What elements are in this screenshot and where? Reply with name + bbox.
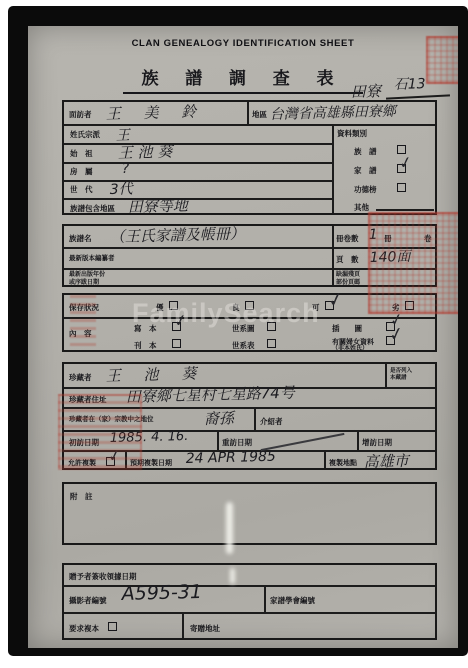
option-merit-list-label: 功德榜 bbox=[354, 184, 377, 195]
archive-stamp-left bbox=[58, 394, 142, 470]
coverage-value: 田寮等地 bbox=[127, 194, 188, 217]
table-line bbox=[385, 364, 387, 387]
society-number-label: 家譜學會編號 bbox=[270, 595, 315, 606]
genealogy-name-label: 族譜名 bbox=[69, 233, 92, 244]
interviewer-label: 面訪者 bbox=[69, 109, 92, 120]
table-line bbox=[247, 102, 249, 124]
content-printed-label: 刊 本 bbox=[134, 340, 157, 351]
table-line bbox=[64, 585, 435, 587]
option-merit-list-checkbox bbox=[397, 183, 406, 192]
other-blank-line bbox=[376, 209, 434, 211]
listed-in-genealogy-label-line1: 是否列入 bbox=[390, 368, 412, 375]
genealogy-name-value: （王氏家譜及帳冊） bbox=[109, 222, 245, 247]
table-line bbox=[64, 198, 332, 200]
english-header: CLAN GENEALOGY IDENTIFICATION SHEET bbox=[28, 38, 458, 49]
region-value: 台灣省高雄縣田寮鄉 bbox=[269, 101, 395, 124]
owner-position-value: 裔孫 bbox=[203, 407, 234, 429]
copy-place-label: 複製地點 bbox=[329, 458, 357, 468]
condition-fair-checkbox: ✓ bbox=[325, 301, 334, 310]
table-line bbox=[332, 124, 334, 213]
compiler-label: 最新版本編纂者 bbox=[69, 255, 115, 263]
pages-label: 頁 數 bbox=[336, 254, 359, 265]
archive-stamp-left-small bbox=[70, 294, 96, 346]
notes-box: 附 註 bbox=[62, 482, 437, 545]
missing-pages-label-line2: 部份頁碼 bbox=[336, 280, 360, 288]
content-lineage-table-checkbox bbox=[267, 339, 276, 348]
owner-address-value: 田寮鄉七星村七星路74号 bbox=[125, 382, 295, 407]
volume-count-label: 冊卷數 bbox=[336, 233, 359, 244]
surname-label: 姓氏宗派 bbox=[70, 129, 100, 140]
first-ancestor-value: 王 池 葵 bbox=[117, 141, 172, 163]
region-label: 地區 bbox=[252, 109, 267, 120]
archive-stamp-right bbox=[368, 212, 458, 314]
table-line bbox=[264, 585, 266, 612]
donor-receipt-label: 贈予者簽收領據日期 bbox=[69, 571, 137, 582]
request-copy-checkbox bbox=[108, 622, 117, 631]
table-line bbox=[182, 612, 184, 638]
option-clan-genealogy-label: 族 譜 bbox=[354, 146, 377, 157]
mailing-address-label: 寄贈地址 bbox=[190, 623, 220, 634]
archive-stamp-top-right bbox=[426, 36, 458, 84]
option-family-genealogy-checkbox: ✓ bbox=[397, 164, 406, 173]
copy-date-value: 24 APR 1985 bbox=[186, 449, 276, 467]
photographer-number-label: 攝影者編號 bbox=[69, 595, 107, 606]
content-women-data-checkbox: ✓ bbox=[386, 336, 395, 345]
branch-value: ? bbox=[122, 161, 130, 177]
content-women-data-sub-label: （非本姓氏） bbox=[332, 346, 368, 354]
table-line bbox=[357, 430, 359, 450]
revisit-label: 重訪日期 bbox=[222, 437, 252, 448]
scanned-photo-frame: CLAN GENEALOGY IDENTIFICATION SHEET 族 譜 … bbox=[8, 6, 468, 656]
table-line bbox=[64, 180, 332, 182]
publish-year-label-line2: 或序跋日期 bbox=[69, 280, 99, 288]
table-line bbox=[217, 430, 219, 450]
content-printed-checkbox bbox=[172, 339, 181, 348]
notes-label: 附 註 bbox=[70, 491, 93, 502]
checkmark: ✓ bbox=[397, 154, 413, 172]
form-paper: CLAN GENEALOGY IDENTIFICATION SHEET 族 譜 … bbox=[28, 26, 458, 648]
option-family-genealogy-label: 家 譜 bbox=[354, 165, 377, 176]
form-title: 族 譜 調 查 表 bbox=[123, 64, 363, 94]
interviewer-value: 王 美 鈴 bbox=[105, 100, 205, 124]
watermark-text: FamilySearch bbox=[132, 298, 320, 329]
table-line bbox=[332, 226, 334, 285]
branch-label: 房 屬 bbox=[70, 166, 93, 177]
table-line bbox=[64, 612, 435, 614]
table-line bbox=[254, 407, 256, 430]
category-label: 資料類別 bbox=[337, 128, 367, 139]
table-line bbox=[64, 162, 332, 164]
content-lineage-table-label: 世系表 bbox=[232, 340, 255, 351]
note-underline bbox=[386, 94, 450, 99]
request-copy-label: 要求複本 bbox=[69, 623, 99, 634]
owner-value: 王 池 葵 bbox=[105, 362, 205, 386]
checkmark: ✓ bbox=[326, 290, 346, 312]
listed-in-genealogy-label-line2: 本藏譜 bbox=[390, 375, 407, 382]
introducer-label: 介紹者 bbox=[260, 416, 283, 427]
missing-pages-label-line1: 缺漏殘頁 bbox=[336, 272, 360, 280]
first-ancestor-label: 始 祖 bbox=[70, 148, 93, 159]
copy-place-value: 高雄市 bbox=[363, 450, 409, 472]
owner-label: 珍藏者 bbox=[69, 372, 92, 383]
scan-light-streak bbox=[226, 502, 233, 554]
coverage-label: 族譜包含地區 bbox=[70, 203, 115, 214]
scan-light-streak-small bbox=[230, 568, 235, 584]
table-line bbox=[64, 143, 332, 145]
option-other-label: 其他 bbox=[354, 202, 369, 213]
additional-visit-label: 增訪日期 bbox=[362, 437, 392, 448]
photographer-number-value: A595-31 bbox=[121, 581, 202, 605]
generations-label: 世 代 bbox=[70, 184, 93, 195]
publish-year-label-line1: 最新出版年份 bbox=[69, 272, 105, 280]
handwritten-place-note: 田寮 bbox=[350, 80, 381, 102]
identification-table: 面訪者 王 美 鈴 地區 台灣省高雄縣田寮鄉 姓氏宗派 王 始 祖 王 池 葵 … bbox=[62, 100, 437, 215]
filming-table: 贈予者簽收領據日期 攝影者編號 A595-31 家譜學會編號 要求複本 寄贈地址 bbox=[62, 563, 437, 640]
handwritten-code-note: 石13 bbox=[393, 73, 425, 94]
content-illustrations-label: 插 圖 bbox=[332, 323, 362, 334]
table-line bbox=[324, 450, 326, 468]
